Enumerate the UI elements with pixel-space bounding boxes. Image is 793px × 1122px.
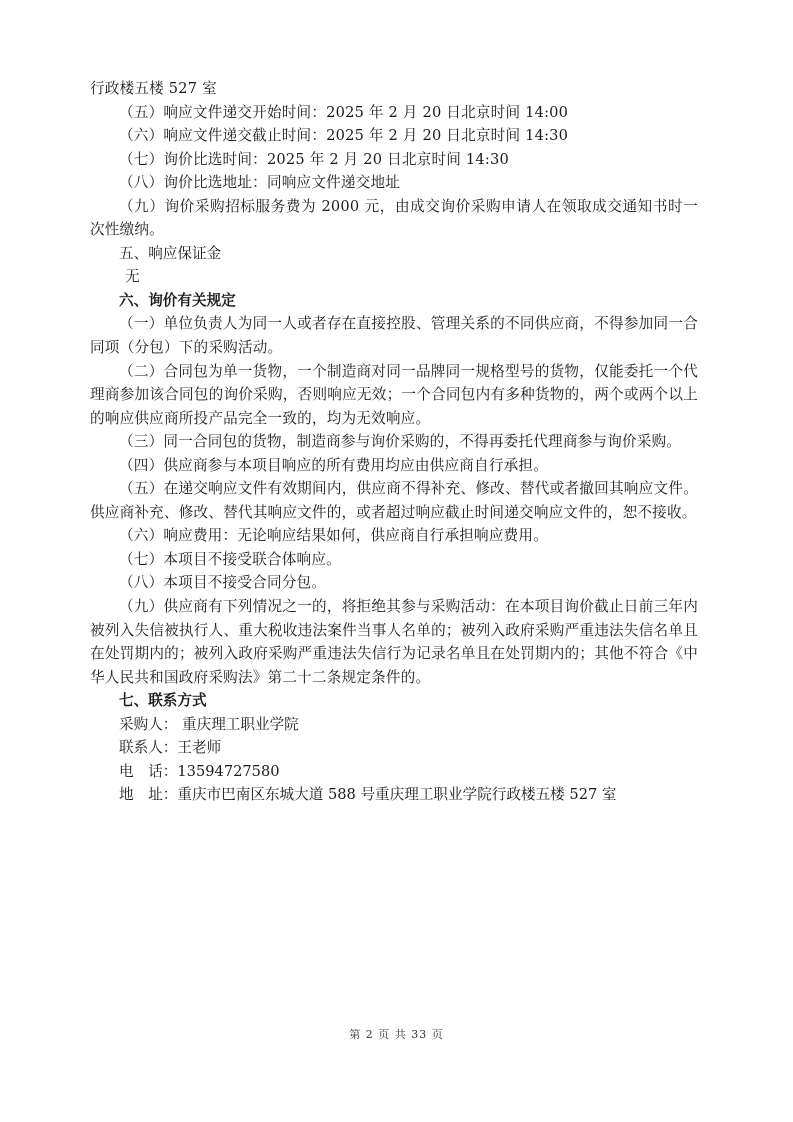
contact-value: 13594727580 [177,763,279,780]
contact-label: 电 话： [119,760,177,784]
contact-person: 联系人：王老师 [90,736,698,760]
page-footer: 第 2 页 共 33 页 [0,1026,793,1042]
section4-item-8: （八）询价比选地址：同响应文件递交地址 [90,171,698,195]
contact-address: 地 址：重庆市巴南区东城大道 588 号重庆理工职业学院行政楼五楼 527 室 [90,783,698,807]
section4-item-5: （五）响应文件递交开始时间：2025 年 2 月 20 日北京时间 14:00 [90,101,698,125]
contact-label: 采购人： [119,713,177,737]
section6-heading: 六、询价有关规定 [90,289,698,313]
section6-item-6: （六）响应费用：无论响应结果如何，供应商自行承担响应费用。 [90,524,698,548]
section4-item-6: （六）响应文件递交截止时间：2025 年 2 月 20 日北京时间 14:30 [90,124,698,148]
section7-heading: 七、联系方式 [90,689,698,713]
section6-item-1: （一）单位负责人为同一人或者存在直接控股、管理关系的不同供应商，不得参加同一合同… [90,312,698,359]
contact-value: 王老师 [177,739,221,756]
contact-value: 重庆市巴南区东城大道 588 号重庆理工职业学院行政楼五楼 527 室 [177,786,616,803]
section4-item-9: （九）询价采购招标服务费为 2000 元，由成交询价采购申请人在领取成交通知书时… [90,195,698,242]
contact-label: 地 址： [119,783,177,807]
section6-item-3: （三）同一合同包的货物，制造商参与询价采购的，不得再委托代理商参与询价采购。 [90,430,698,454]
section6-item-5: （五）在递交响应文件有效期间内，供应商不得补充、修改、替代或者撤回其响应文件。供… [90,477,698,524]
section4-item-7: （七）询价比选时间：2025 年 2 月 20 日北京时间 14:30 [90,148,698,172]
contact-purchaser: 采购人： 重庆理工职业学院 [90,713,698,737]
contact-value: 重庆理工职业学院 [177,716,298,733]
section6-item-4: （四）供应商参与本项目响应的所有费用均应由供应商自行承担。 [90,454,698,478]
contact-label: 联系人： [119,736,177,760]
section5-value: 无 [90,265,698,289]
document-page: 行政楼五楼 527 室 （五）响应文件递交开始时间：2025 年 2 月 20 … [90,77,698,807]
section6-item-9: （九）供应商有下列情况之一的，将拒绝其参与采购活动：在本项目询价截止日前三年内被… [90,595,698,689]
contact-phone: 电 话：13594727580 [90,760,698,784]
continuation-line: 行政楼五楼 527 室 [90,77,698,101]
section6-item-7: （七）本项目不接受联合体响应。 [90,548,698,572]
section6-item-8: （八）本项目不接受合同分包。 [90,571,698,595]
section6-item-2: （二）合同包为单一货物，一个制造商对同一品牌同一规格型号的货物，仅能委托一个代理… [90,360,698,431]
section5-heading: 五、响应保证金 [90,242,698,266]
